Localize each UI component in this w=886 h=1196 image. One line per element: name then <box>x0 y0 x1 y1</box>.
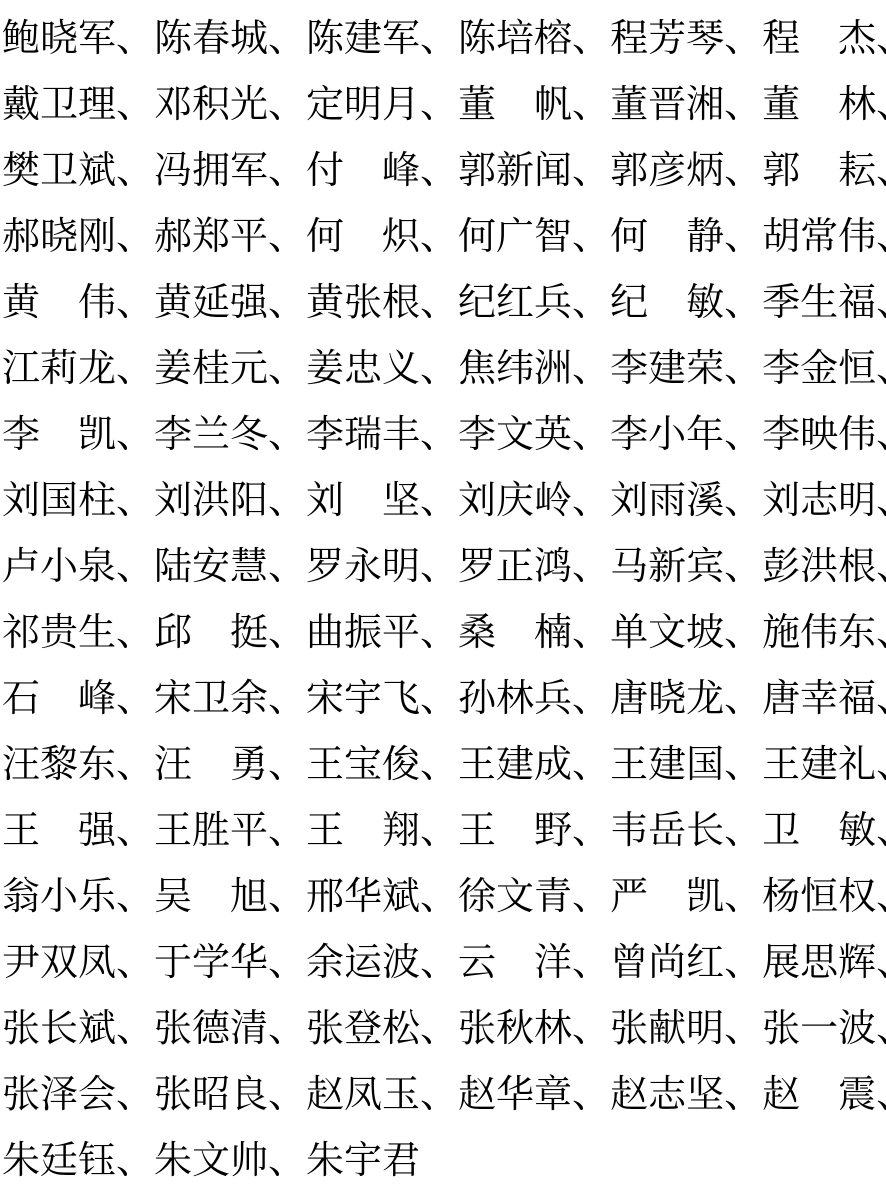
person-name: 郭 耘、 <box>762 152 886 190</box>
person-name: 卢小泉、 <box>2 548 154 586</box>
person-name: 付 峰、 <box>306 152 458 190</box>
name-row: 张泽会、张昭良、赵凤玉、赵华章、赵志坚、赵 震、赵祯霞、 <box>2 1062 884 1128</box>
name-row: 张长斌、张德清、张登松、张秋林、张献明、张一波、张正国、 <box>2 996 884 1062</box>
person-name: 陈培榕、 <box>458 20 610 58</box>
name-row: 戴卫理、邓积光、定明月、董 帆、董晋湘、董 林、樊江莉、 <box>2 72 884 138</box>
person-name: 陈春城、 <box>154 20 306 58</box>
person-name: 刘雨溪、 <box>610 482 762 520</box>
person-name: 程 杰、 <box>762 20 886 58</box>
person-name: 刘志明、 <box>762 482 886 520</box>
person-name: 宋卫余、 <box>154 680 306 718</box>
person-name: 张一波、 <box>762 1010 886 1048</box>
person-name: 韦岳长、 <box>610 812 762 850</box>
person-name: 张登松、 <box>306 1010 458 1048</box>
person-name: 张泽会、 <box>2 1076 154 1114</box>
person-name: 董 帆、 <box>458 86 610 124</box>
name-row: 石 峰、宋卫余、宋宇飞、孙林兵、唐晓龙、唐幸福、万 颖、 <box>2 666 884 732</box>
person-name: 邢华斌、 <box>306 878 458 916</box>
person-name: 何 炽、 <box>306 218 458 256</box>
person-name: 纪 敏、 <box>610 284 762 322</box>
person-name: 张德清、 <box>154 1010 306 1048</box>
person-name: 朱文帅、 <box>154 1142 306 1180</box>
name-row: 樊卫斌、冯拥军、付 峰、郭新闻、郭彦炳、郭 耘、韩一帆、 <box>2 138 884 204</box>
person-name: 王 翔、 <box>306 812 458 850</box>
person-name: 刘洪阳、 <box>154 482 306 520</box>
person-name: 赵华章、 <box>458 1076 610 1114</box>
person-name: 罗正鸿、 <box>458 548 610 586</box>
person-name: 吴 旭、 <box>154 878 306 916</box>
person-name: 孙林兵、 <box>458 680 610 718</box>
person-name: 严 凯、 <box>610 878 762 916</box>
person-name: 董 林、 <box>762 86 886 124</box>
person-name: 施伟东、 <box>762 614 886 652</box>
person-name: 季生福、 <box>762 284 886 322</box>
person-name: 翁小乐、 <box>2 878 154 916</box>
person-name: 曾尚红、 <box>610 944 762 982</box>
name-row: 江莉龙、姜桂元、姜忠义、焦纬洲、李建荣、李金恒、李晋平、 <box>2 336 884 402</box>
person-name: 彭洪根、 <box>762 548 886 586</box>
person-name: 郭彦炳、 <box>610 152 762 190</box>
person-name: 姜忠义、 <box>306 350 458 388</box>
name-row: 黄 伟、黄延强、黄张根、纪红兵、纪 敏、季生福、贾宏鹏、 <box>2 270 884 336</box>
person-name: 胡常伟、 <box>762 218 886 256</box>
person-name: 黄张根、 <box>306 284 458 322</box>
person-name: 余运波、 <box>306 944 458 982</box>
person-name: 王建成、 <box>458 746 610 784</box>
person-name: 刘庆岭、 <box>458 482 610 520</box>
person-name: 汪黎东、 <box>2 746 154 784</box>
person-name: 陈建军、 <box>306 20 458 58</box>
person-name: 单文坡、 <box>610 614 762 652</box>
person-name: 郝晓刚、 <box>2 218 154 256</box>
name-row: 汪黎东、汪 勇、王宝俊、王建成、王建国、王建礼、王 亮、 <box>2 732 884 798</box>
person-name: 宋宇飞、 <box>306 680 458 718</box>
person-name: 李文英、 <box>458 416 610 454</box>
name-row: 李 凯、李兰冬、李瑞丰、李文英、李小年、李映伟、李 忠、 <box>2 402 884 468</box>
person-name: 罗永明、 <box>306 548 458 586</box>
person-name: 刘 坚、 <box>306 482 458 520</box>
person-name: 李金恒、 <box>762 350 886 388</box>
person-name: 朱宇君 <box>306 1142 420 1180</box>
person-name: 李 凯、 <box>2 416 154 454</box>
name-row: 翁小乐、吴 旭、邢华斌、徐文青、严 凯、杨恒权、伊晓东、 <box>2 864 884 930</box>
person-name: 展思辉、 <box>762 944 886 982</box>
person-name: 尹双凤、 <box>2 944 154 982</box>
person-name: 姜桂元、 <box>154 350 306 388</box>
person-name: 徐文青、 <box>458 878 610 916</box>
person-name: 朱廷钰、 <box>2 1142 154 1180</box>
person-name: 王建礼、 <box>762 746 886 784</box>
person-name: 杨恒权、 <box>762 878 886 916</box>
person-name: 王建国、 <box>610 746 762 784</box>
name-row: 郝晓刚、郝郑平、何 炽、何广智、何 静、胡常伟、黄海保、 <box>2 204 884 270</box>
person-name: 邓积光、 <box>154 86 306 124</box>
person-name: 刘国柱、 <box>2 482 154 520</box>
person-name: 纪红兵、 <box>458 284 610 322</box>
person-name: 赵凤玉、 <box>306 1076 458 1114</box>
name-row: 祁贵生、邱 挺、曲振平、桑 楠、单文坡、施伟东、石 川、 <box>2 600 884 666</box>
person-name: 戴卫理、 <box>2 86 154 124</box>
person-name: 汪 勇、 <box>154 746 306 784</box>
person-name: 王 野、 <box>458 812 610 850</box>
person-name: 郭新闻、 <box>458 152 610 190</box>
person-name: 黄 伟、 <box>2 284 154 322</box>
name-row: 卢小泉、陆安慧、罗永明、罗正鸿、马新宾、彭洪根、彭 悦、 <box>2 534 884 600</box>
person-name: 李瑞丰、 <box>306 416 458 454</box>
document-page: 鲍晓军、陈春城、陈建军、陈培榕、程芳琴、程 杰、戴洪兴、戴卫理、邓积光、定明月、… <box>0 0 886 1196</box>
person-name: 郝郑平、 <box>154 218 306 256</box>
person-name: 卫 敏、 <box>762 812 886 850</box>
person-name: 邱 挺、 <box>154 614 306 652</box>
person-name: 赵志坚、 <box>610 1076 762 1114</box>
person-name: 唐幸福、 <box>762 680 886 718</box>
person-name: 陆安慧、 <box>154 548 306 586</box>
person-name: 张秋林、 <box>458 1010 610 1048</box>
person-name: 李映伟、 <box>762 416 886 454</box>
person-name: 李小年、 <box>610 416 762 454</box>
person-name: 王宝俊、 <box>306 746 458 784</box>
person-name: 曲振平、 <box>306 614 458 652</box>
person-name: 何广智、 <box>458 218 610 256</box>
person-name: 江莉龙、 <box>2 350 154 388</box>
person-name: 张昭良、 <box>154 1076 306 1114</box>
name-row: 刘国柱、刘洪阳、刘 坚、刘庆岭、刘雨溪、刘志明、刘忠文、 <box>2 468 884 534</box>
person-name: 李建荣、 <box>610 350 762 388</box>
name-row: 朱廷钰、朱文帅、朱宇君 <box>2 1128 884 1194</box>
person-name: 黄延强、 <box>154 284 306 322</box>
person-name: 桑 楠、 <box>458 614 610 652</box>
name-row: 鲍晓军、陈春城、陈建军、陈培榕、程芳琴、程 杰、戴洪兴、 <box>2 6 884 72</box>
person-name: 焦纬洲、 <box>458 350 610 388</box>
person-name: 王胜平、 <box>154 812 306 850</box>
name-list: 鲍晓军、陈春城、陈建军、陈培榕、程芳琴、程 杰、戴洪兴、戴卫理、邓积光、定明月、… <box>2 6 884 1196</box>
person-name: 何 静、 <box>610 218 762 256</box>
person-name: 于学华、 <box>154 944 306 982</box>
person-name: 张献明、 <box>610 1010 762 1048</box>
person-name: 李兰冬、 <box>154 416 306 454</box>
person-name: 董晋湘、 <box>610 86 762 124</box>
person-name: 冯拥军、 <box>154 152 306 190</box>
name-row: 尹双凤、于学华、余运波、云 洋、曾尚红、展思辉、詹望成、 <box>2 930 884 996</box>
name-row: 王 强、王胜平、王 翔、王 野、韦岳长、卫 敏、温晓东、 <box>2 798 884 864</box>
person-name: 程芳琴、 <box>610 20 762 58</box>
person-name: 云 洋、 <box>458 944 610 982</box>
person-name: 石 峰、 <box>2 680 154 718</box>
person-name: 张长斌、 <box>2 1010 154 1048</box>
person-name: 马新宾、 <box>610 548 762 586</box>
person-name: 鲍晓军、 <box>2 20 154 58</box>
person-name: 唐晓龙、 <box>610 680 762 718</box>
person-name: 祁贵生、 <box>2 614 154 652</box>
person-name: 赵 震、 <box>762 1076 886 1114</box>
person-name: 樊卫斌、 <box>2 152 154 190</box>
person-name: 王 强、 <box>2 812 154 850</box>
person-name: 定明月、 <box>306 86 458 124</box>
